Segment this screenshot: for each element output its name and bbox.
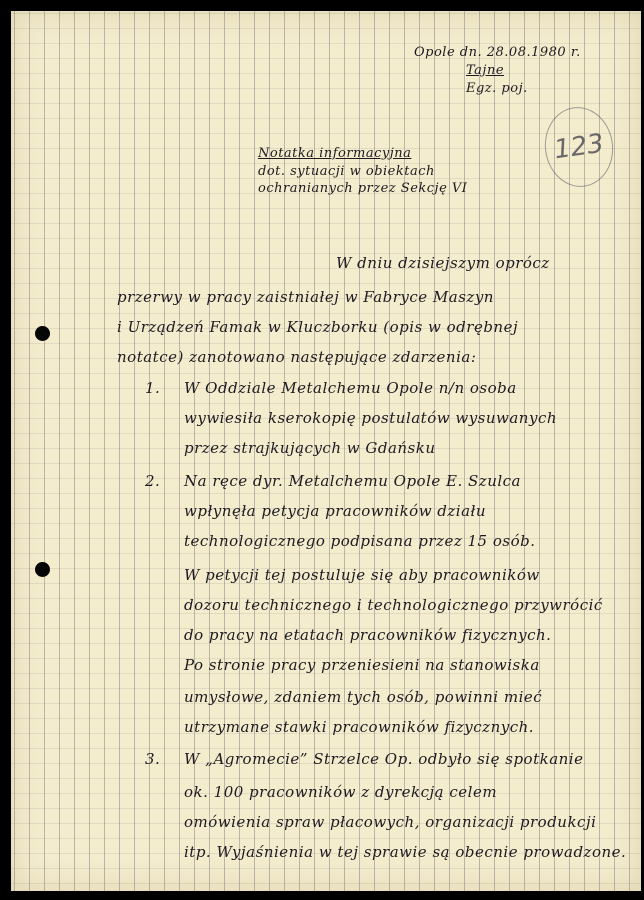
item-line: itp. Wyjaśnienia w tej sprawie są obecni… (184, 843, 626, 861)
item-line: do pracy na etatach pracowników fizyczny… (184, 626, 551, 644)
item-line: W petycji tej postuluje się aby pracowni… (184, 566, 540, 584)
item-line: Na ręce dyr. Metalchemu Opole E. Szulca (184, 472, 521, 490)
item-number: 2. (145, 472, 160, 490)
intro-line: przerwy w pracy zaistniałej w Fabryce Ma… (117, 288, 494, 306)
archive-number: 123 (552, 129, 605, 166)
place-date: Opole dn. 28.08.1980 r. (414, 45, 581, 60)
punch-hole (35, 562, 50, 577)
title-line: Notatka informacyjna (258, 146, 411, 161)
intro-line: notatce) zanotowano następujące zdarzeni… (117, 348, 476, 366)
punch-hole (35, 326, 50, 341)
item-line: przez strajkujących w Gdańsku (184, 439, 436, 457)
item-line: ok. 100 pracowników z dyrekcją celem (184, 783, 497, 801)
item-line: omówienia spraw płacowych, organizacji p… (184, 813, 596, 831)
copy-label: Egz. poj. (466, 81, 528, 96)
item-line: umysłowe, zdaniem tych osób, powinni mie… (184, 688, 542, 706)
title-line: dot. sytuacji w obiektach (258, 164, 435, 179)
item-number: 3. (145, 750, 160, 768)
item-line: W Oddziale Metalchemu Opole n/n osoba (184, 379, 517, 397)
item-number: 1. (145, 379, 160, 397)
item-line: wpłynęła petycja pracowników działu (184, 502, 486, 520)
intro-line: i Urządzeń Famak w Kluczborku (opis w od… (117, 318, 518, 336)
item-line: utrzymane stawki pracowników fizycznych. (184, 718, 534, 736)
item-line: Po stronie pracy przeniesieni na stanowi… (184, 656, 540, 674)
title-line: ochranianych przez Sekcję VI (258, 181, 467, 196)
intro-line: W dniu dzisiejszym oprócz (336, 254, 550, 272)
item-line: wywiesiła kserokopię postulatów wysuwany… (184, 409, 557, 427)
item-line: W „Agromecie” Strzelce Op. odbyło się sp… (184, 750, 583, 768)
item-line: technologicznego podpisana przez 15 osób… (184, 532, 535, 550)
archive-number-stamp: 123 (540, 103, 618, 192)
document-page: Opole dn. 28.08.1980 r. Tajne Egz. poj. … (11, 11, 641, 891)
classification: Tajne (466, 63, 504, 78)
item-line: dozoru technicznego i technologicznego p… (184, 596, 603, 614)
